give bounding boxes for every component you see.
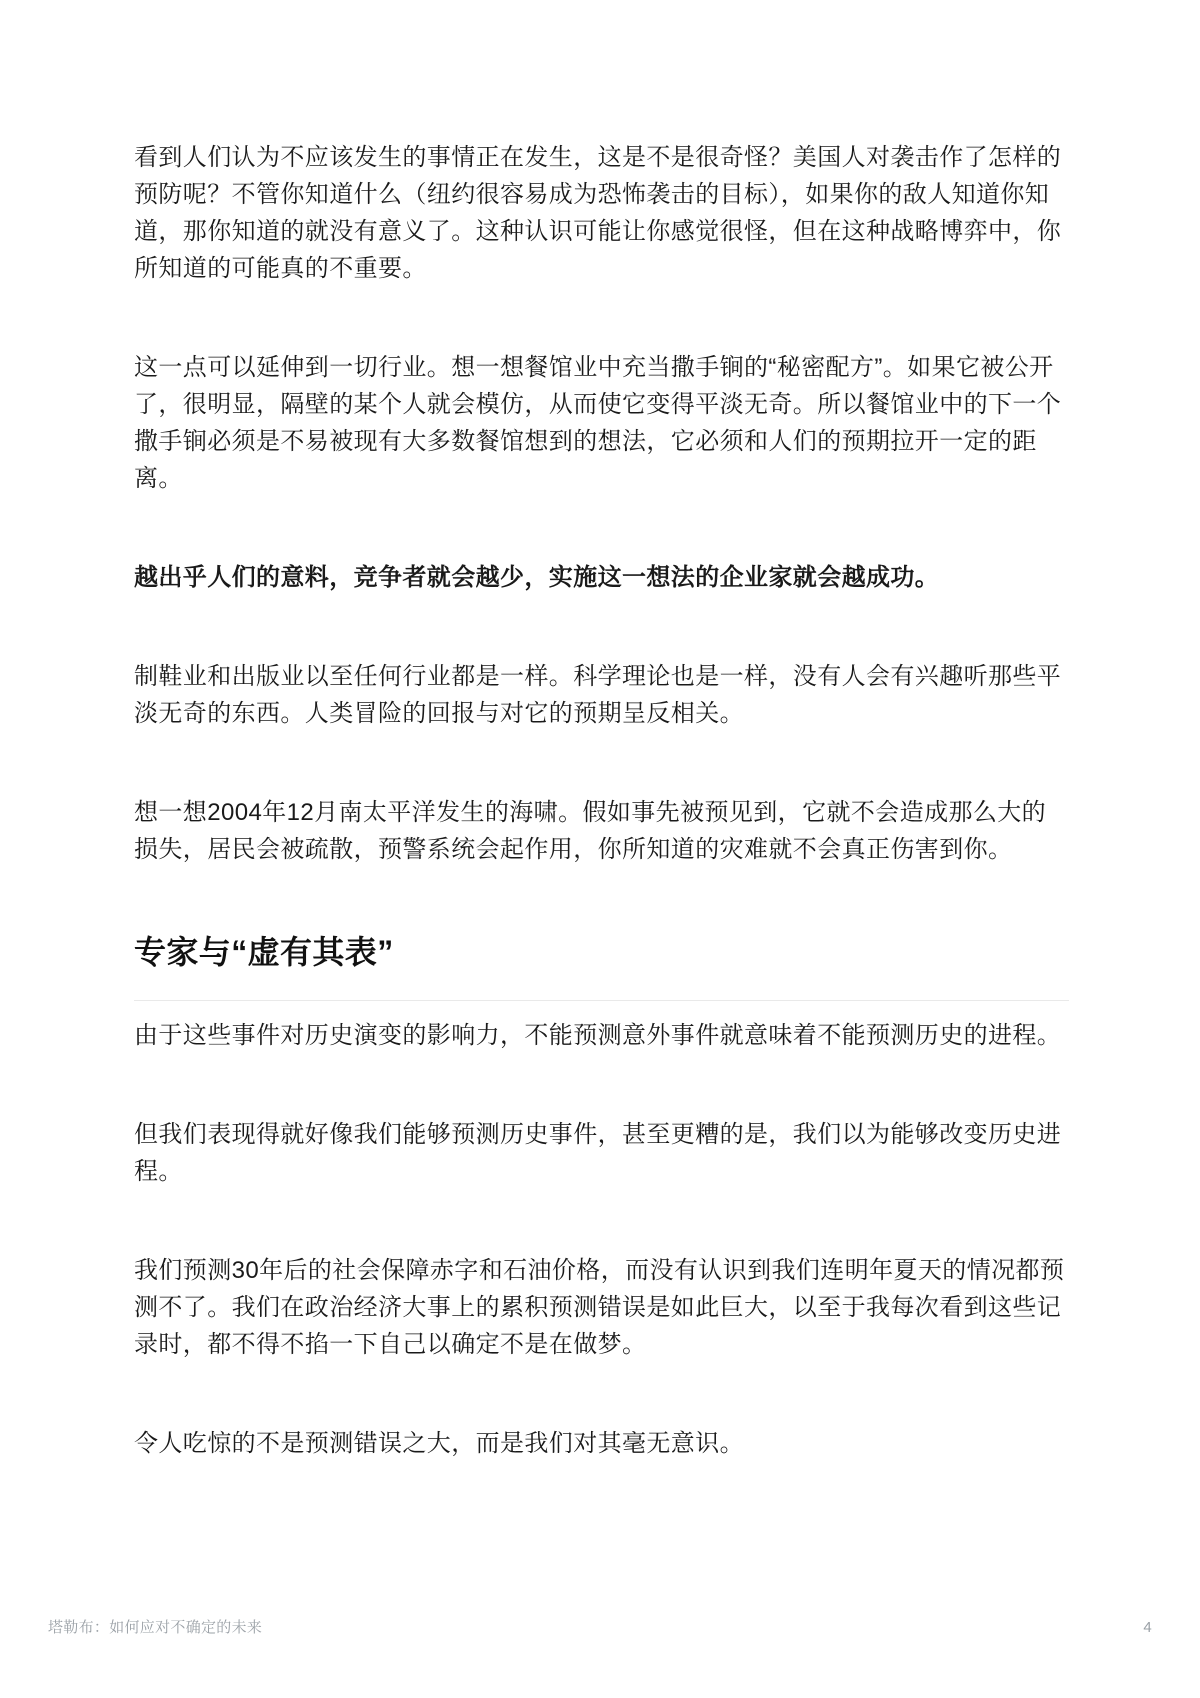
page-footer: 塔勒布：如何应对不确定的未来 4 [48, 1618, 1152, 1638]
paragraph: 看到人们认为不应该发生的事情正在发生，这是不是很奇怪？美国人对袭击作了怎样的预防… [134, 139, 1069, 287]
paragraph: 这一点可以延伸到一切行业。想一想餐馆业中充当撒手锏的“秘密配方”。如果它被公开了… [134, 349, 1069, 497]
paragraph: 由于这些事件对历史演变的影响力，不能预测意外事件就意味着不能预测历史的进程。 [134, 1017, 1069, 1054]
paragraph: 想一想2004年12月南太平洋发生的海啸。假如事先被预见到，它就不会造成那么大的… [134, 794, 1069, 868]
footer-page-number: 4 [1143, 1618, 1152, 1638]
emphasis-paragraph: 越出乎人们的意料，竞争者就会越少，实施这一想法的企业家就会越成功。 [134, 559, 1069, 596]
paragraph: 制鞋业和出版业以至任何行业都是一样。科学理论也是一样，没有人会有兴趣听那些平淡无… [134, 658, 1069, 732]
paragraph: 我们预测30年后的社会保障赤字和石油价格，而没有认识到我们连明年夏天的情况都预测… [134, 1252, 1069, 1363]
paragraph: 但我们表现得就好像我们能够预测历史事件，甚至更糟的是，我们以为能够改变历史进程。 [134, 1116, 1069, 1190]
paragraph: 令人吃惊的不是预测错误之大，而是我们对其毫无意识。 [134, 1425, 1069, 1462]
section-heading: 专家与“虚有其表” [134, 930, 1069, 974]
section-heading-divider [134, 1000, 1069, 1001]
article-body: 看到人们认为不应该发生的事情正在发生，这是不是很奇怪？美国人对袭击作了怎样的预防… [0, 0, 1200, 1462]
footer-book-title: 塔勒布：如何应对不确定的未来 [48, 1618, 262, 1638]
